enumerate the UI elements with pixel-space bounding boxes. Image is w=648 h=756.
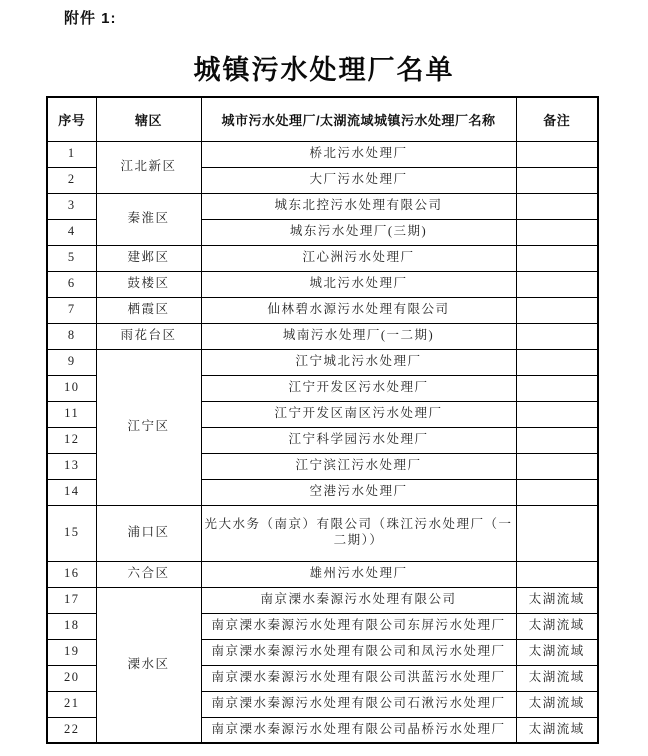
table-row: 9江宁区江宁城北污水处理厂 — [47, 349, 598, 375]
cell-plant-name: 江宁开发区污水处理厂 — [201, 375, 516, 401]
header-plant-name: 城市污水处理厂/太湖流域城镇污水处理厂名称 — [201, 97, 516, 141]
cell-remark: 太湖流域 — [516, 665, 598, 691]
cell-plant-name: 城南污水处理厂(一二期) — [201, 323, 516, 349]
cell-serial-number: 16 — [47, 561, 96, 587]
cell-serial-number: 1 — [47, 141, 96, 167]
header-remark: 备注 — [516, 97, 598, 141]
table-row: 3秦淮区城东北控污水处理有限公司 — [47, 193, 598, 219]
cell-remark: 太湖流域 — [516, 691, 598, 717]
cell-district: 建邺区 — [96, 245, 201, 271]
cell-serial-number: 21 — [47, 691, 96, 717]
cell-remark — [516, 271, 598, 297]
cell-remark — [516, 193, 598, 219]
cell-plant-name: 桥北污水处理厂 — [201, 141, 516, 167]
page-title: 城镇污水处理厂名单 — [0, 48, 648, 87]
cell-remark — [516, 453, 598, 479]
plants-table-body: 1江北新区桥北污水处理厂2大厂污水处理厂3秦淮区城东北控污水处理有限公司4城东污… — [47, 141, 598, 743]
header-serial-number: 序号 — [47, 97, 96, 141]
cell-serial-number: 17 — [47, 587, 96, 613]
cell-serial-number: 2 — [47, 167, 96, 193]
cell-district: 浦口区 — [96, 505, 201, 561]
table-row: 17溧水区南京溧水秦源污水处理有限公司太湖流域 — [47, 587, 598, 613]
cell-plant-name: 南京溧水秦源污水处理有限公司东屏污水处理厂 — [201, 613, 516, 639]
cell-plant-name: 南京溧水秦源污水处理有限公司石湫污水处理厂 — [201, 691, 516, 717]
cell-remark — [516, 505, 598, 561]
cell-plant-name: 江宁科学园污水处理厂 — [201, 427, 516, 453]
cell-serial-number: 22 — [47, 717, 96, 743]
cell-serial-number: 13 — [47, 453, 96, 479]
cell-remark — [516, 245, 598, 271]
cell-plant-name: 南京溧水秦源污水处理有限公司 — [201, 587, 516, 613]
table-row: 5建邺区江心洲污水处理厂 — [47, 245, 598, 271]
cell-remark: 太湖流域 — [516, 639, 598, 665]
cell-remark — [516, 349, 598, 375]
cell-plant-name: 南京溧水秦源污水处理有限公司洪蓝污水处理厂 — [201, 665, 516, 691]
cell-plant-name: 江宁滨江污水处理厂 — [201, 453, 516, 479]
cell-plant-name: 南京溧水秦源污水处理有限公司晶桥污水处理厂 — [201, 717, 516, 743]
cell-district: 鼓楼区 — [96, 271, 201, 297]
cell-serial-number: 19 — [47, 639, 96, 665]
header-row: 序号 辖区 城市污水处理厂/太湖流域城镇污水处理厂名称 备注 — [47, 97, 598, 141]
cell-plant-name: 江心洲污水处理厂 — [201, 245, 516, 271]
header-district: 辖区 — [96, 97, 201, 141]
cell-district: 江宁区 — [96, 349, 201, 505]
cell-plant-name: 城东污水处理厂(三期) — [201, 219, 516, 245]
cell-serial-number: 14 — [47, 479, 96, 505]
cell-plant-name: 南京溧水秦源污水处理有限公司和凤污水处理厂 — [201, 639, 516, 665]
cell-district: 溧水区 — [96, 587, 201, 743]
cell-serial-number: 5 — [47, 245, 96, 271]
cell-district: 江北新区 — [96, 141, 201, 193]
cell-plant-name: 大厂污水处理厂 — [201, 167, 516, 193]
cell-remark — [516, 561, 598, 587]
table-row: 6鼓楼区城北污水处理厂 — [47, 271, 598, 297]
cell-remark — [516, 167, 598, 193]
table-row: 16六合区雄州污水处理厂 — [47, 561, 598, 587]
table-row: 15浦口区光大水务（南京）有限公司（珠江污水处理厂（一二期）） — [47, 505, 598, 561]
cell-serial-number: 10 — [47, 375, 96, 401]
cell-remark — [516, 375, 598, 401]
cell-plant-name: 光大水务（南京）有限公司（珠江污水处理厂（一二期）） — [201, 505, 516, 561]
table-row: 1江北新区桥北污水处理厂 — [47, 141, 598, 167]
cell-serial-number: 12 — [47, 427, 96, 453]
table-row: 8雨花台区城南污水处理厂(一二期) — [47, 323, 598, 349]
document-page: { "document": { "attachment_label": "附件 … — [0, 0, 648, 756]
cell-serial-number: 7 — [47, 297, 96, 323]
cell-serial-number: 15 — [47, 505, 96, 561]
cell-serial-number: 9 — [47, 349, 96, 375]
cell-serial-number: 18 — [47, 613, 96, 639]
cell-remark — [516, 141, 598, 167]
cell-remark — [516, 479, 598, 505]
attachment-label: 附件 1: — [64, 7, 117, 28]
cell-serial-number: 3 — [47, 193, 96, 219]
plants-table-header: 序号 辖区 城市污水处理厂/太湖流域城镇污水处理厂名称 备注 — [47, 97, 598, 141]
cell-serial-number: 20 — [47, 665, 96, 691]
cell-serial-number: 6 — [47, 271, 96, 297]
table-row: 7栖霞区仙林碧水源污水处理有限公司 — [47, 297, 598, 323]
cell-district: 雨花台区 — [96, 323, 201, 349]
cell-plant-name: 城东北控污水处理有限公司 — [201, 193, 516, 219]
cell-serial-number: 8 — [47, 323, 96, 349]
cell-remark — [516, 427, 598, 453]
cell-remark: 太湖流域 — [516, 613, 598, 639]
cell-district: 秦淮区 — [96, 193, 201, 245]
cell-remark — [516, 323, 598, 349]
cell-remark: 太湖流域 — [516, 717, 598, 743]
cell-plant-name: 江宁开发区南区污水处理厂 — [201, 401, 516, 427]
cell-district: 栖霞区 — [96, 297, 201, 323]
cell-serial-number: 4 — [47, 219, 96, 245]
cell-remark — [516, 297, 598, 323]
cell-plant-name: 仙林碧水源污水处理有限公司 — [201, 297, 516, 323]
cell-plant-name: 江宁城北污水处理厂 — [201, 349, 516, 375]
cell-plant-name: 雄州污水处理厂 — [201, 561, 516, 587]
cell-district: 六合区 — [96, 561, 201, 587]
plants-table: 序号 辖区 城市污水处理厂/太湖流域城镇污水处理厂名称 备注 1江北新区桥北污水… — [46, 96, 599, 744]
cell-remark — [516, 401, 598, 427]
cell-plant-name: 空港污水处理厂 — [201, 479, 516, 505]
cell-remark: 太湖流域 — [516, 587, 598, 613]
cell-serial-number: 11 — [47, 401, 96, 427]
cell-plant-name: 城北污水处理厂 — [201, 271, 516, 297]
cell-remark — [516, 219, 598, 245]
